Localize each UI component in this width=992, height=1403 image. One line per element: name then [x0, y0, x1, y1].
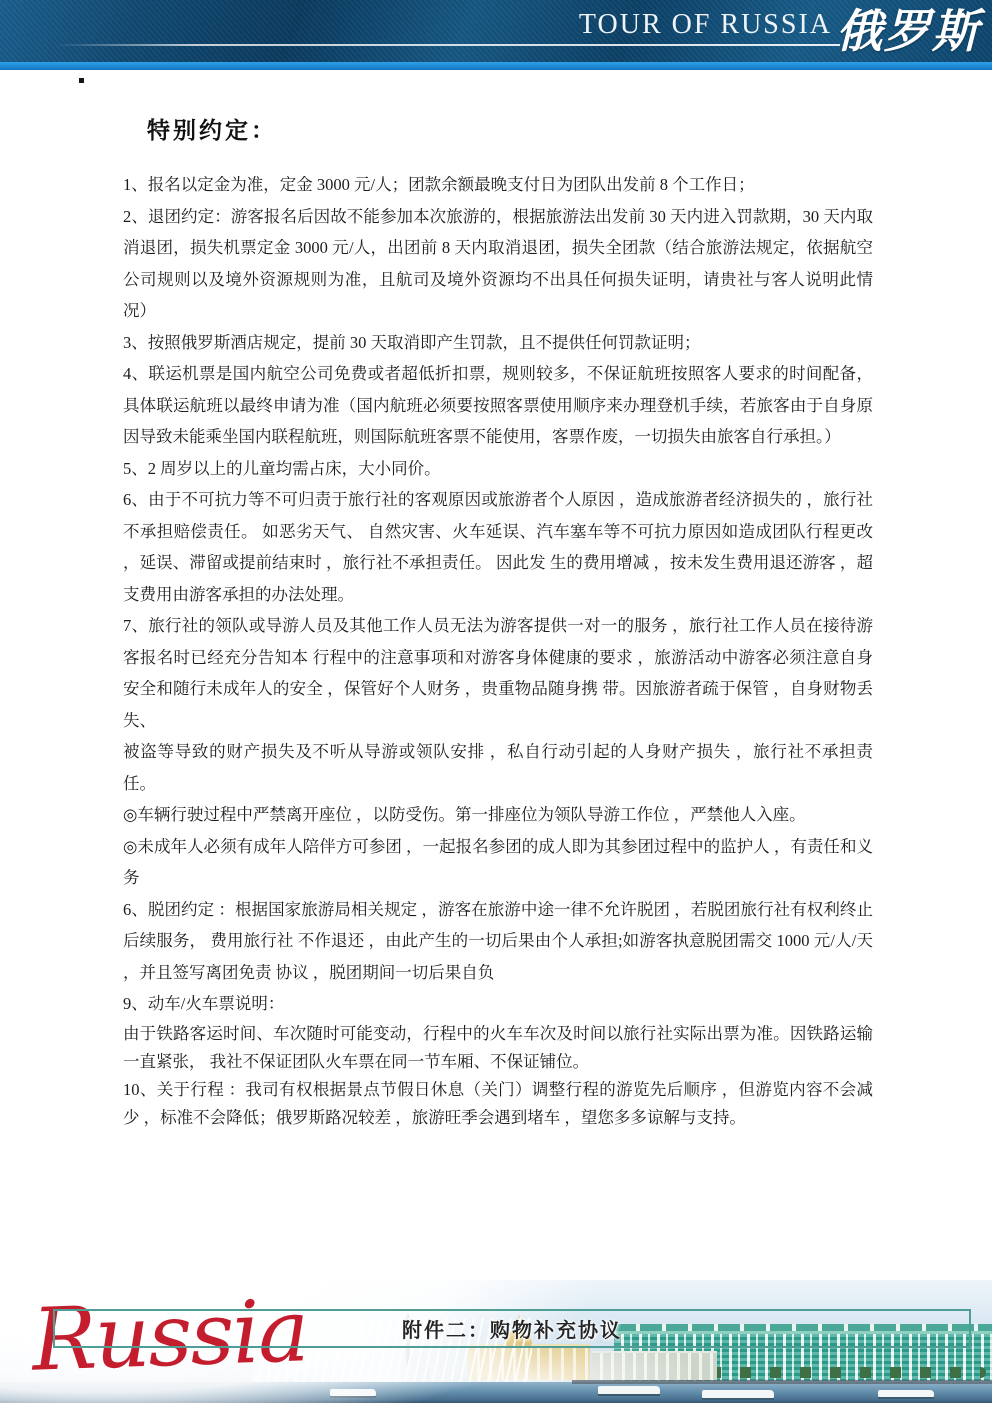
paragraph-11: 6、脱团约定 ：根据国家旅游局相关规定 ，游客在旅游中途一律不允许脱团 ，若脱团… — [123, 894, 873, 989]
attachment-title-box: 附件二：购物补充协议 — [53, 1309, 971, 1348]
header-divider-line — [55, 44, 840, 46]
footer-photo-strip: Russia 附件二：购物补充协议 — [0, 1280, 992, 1403]
attachment-title: 附件二：购物补充协议 — [402, 1314, 622, 1343]
paragraph-12: 9、动车/火车票说明： — [123, 988, 873, 1020]
paragraph-13: 由于铁路客运时间、车次随时可能变动，行程中的火车车次及时间以旅行社实际出票为准。… — [123, 1020, 873, 1076]
paragraph-4: 4、联运机票是国内航空公司免费或者超低折扣票，规则较多，不保证航班按照客人要求的… — [123, 358, 873, 453]
paragraph-14: 10、关于行程 ：我司有权根据景点节假日休息（关门）调整行程的游览先后顺序 ，但… — [123, 1076, 873, 1132]
document-body: 特别约定： 1、报名以定金为准，定金 3000 元/人；团款余额最晚支付日为团队… — [123, 112, 873, 1132]
brand-title-en: TOUR OF RUSSIA — [579, 9, 832, 42]
paragraph-10: ◎未成年人必须有成年人陪伴方可参团 ，一起报名参团的成人即为其参团过程中的监护人… — [123, 831, 873, 894]
header-accent-stripe — [0, 62, 992, 70]
paragraph-8: 被盗等导致的财产损失及不听从导游或领队安排 ，私自行动引起的人身财产损失 ，旅行… — [123, 736, 873, 799]
paragraph-5: 5、2 周岁以上的儿童均需占床，大小同价。 — [123, 453, 873, 485]
page-title: 特别约定： — [147, 112, 873, 145]
paragraph-3: 3、按照俄罗斯酒店规定，提前 30 天取消即产生罚款，且不提供任何罚款证明； — [123, 327, 873, 359]
document-page: TOUR OF RUSSIA 俄罗斯 特别约定： 1、报名以定金为准，定金 30… — [0, 0, 992, 1403]
paragraph-9: ◎车辆行驶过程中严禁离开座位 ，以防受伤。第一排座位为领队导游工作位 ，严禁他人… — [123, 799, 873, 831]
paragraph-2: 2、退团约定：游客报名后因故不能参加本次旅游的，根据旅游法出发前 30 天内进入… — [123, 201, 873, 327]
brand-title-cn: 俄罗斯 — [836, 0, 980, 62]
header-banner: TOUR OF RUSSIA 俄罗斯 — [0, 0, 992, 62]
paragraph-6: 6、由于不可抗力等不可归责于旅行社的客观原因或旅游者个人原因 ，造成旅游者经济损… — [123, 484, 873, 610]
paragraph-7: 7、旅行社的领队或导游人员及其他工作人员无法为游客提供一对一的服务 ，旅行社工作… — [123, 610, 873, 736]
paragraph-1: 1、报名以定金为准，定金 3000 元/人；团款余额最晚支付日为团队出发前 8 … — [123, 169, 873, 201]
stray-dot-icon — [79, 78, 84, 83]
